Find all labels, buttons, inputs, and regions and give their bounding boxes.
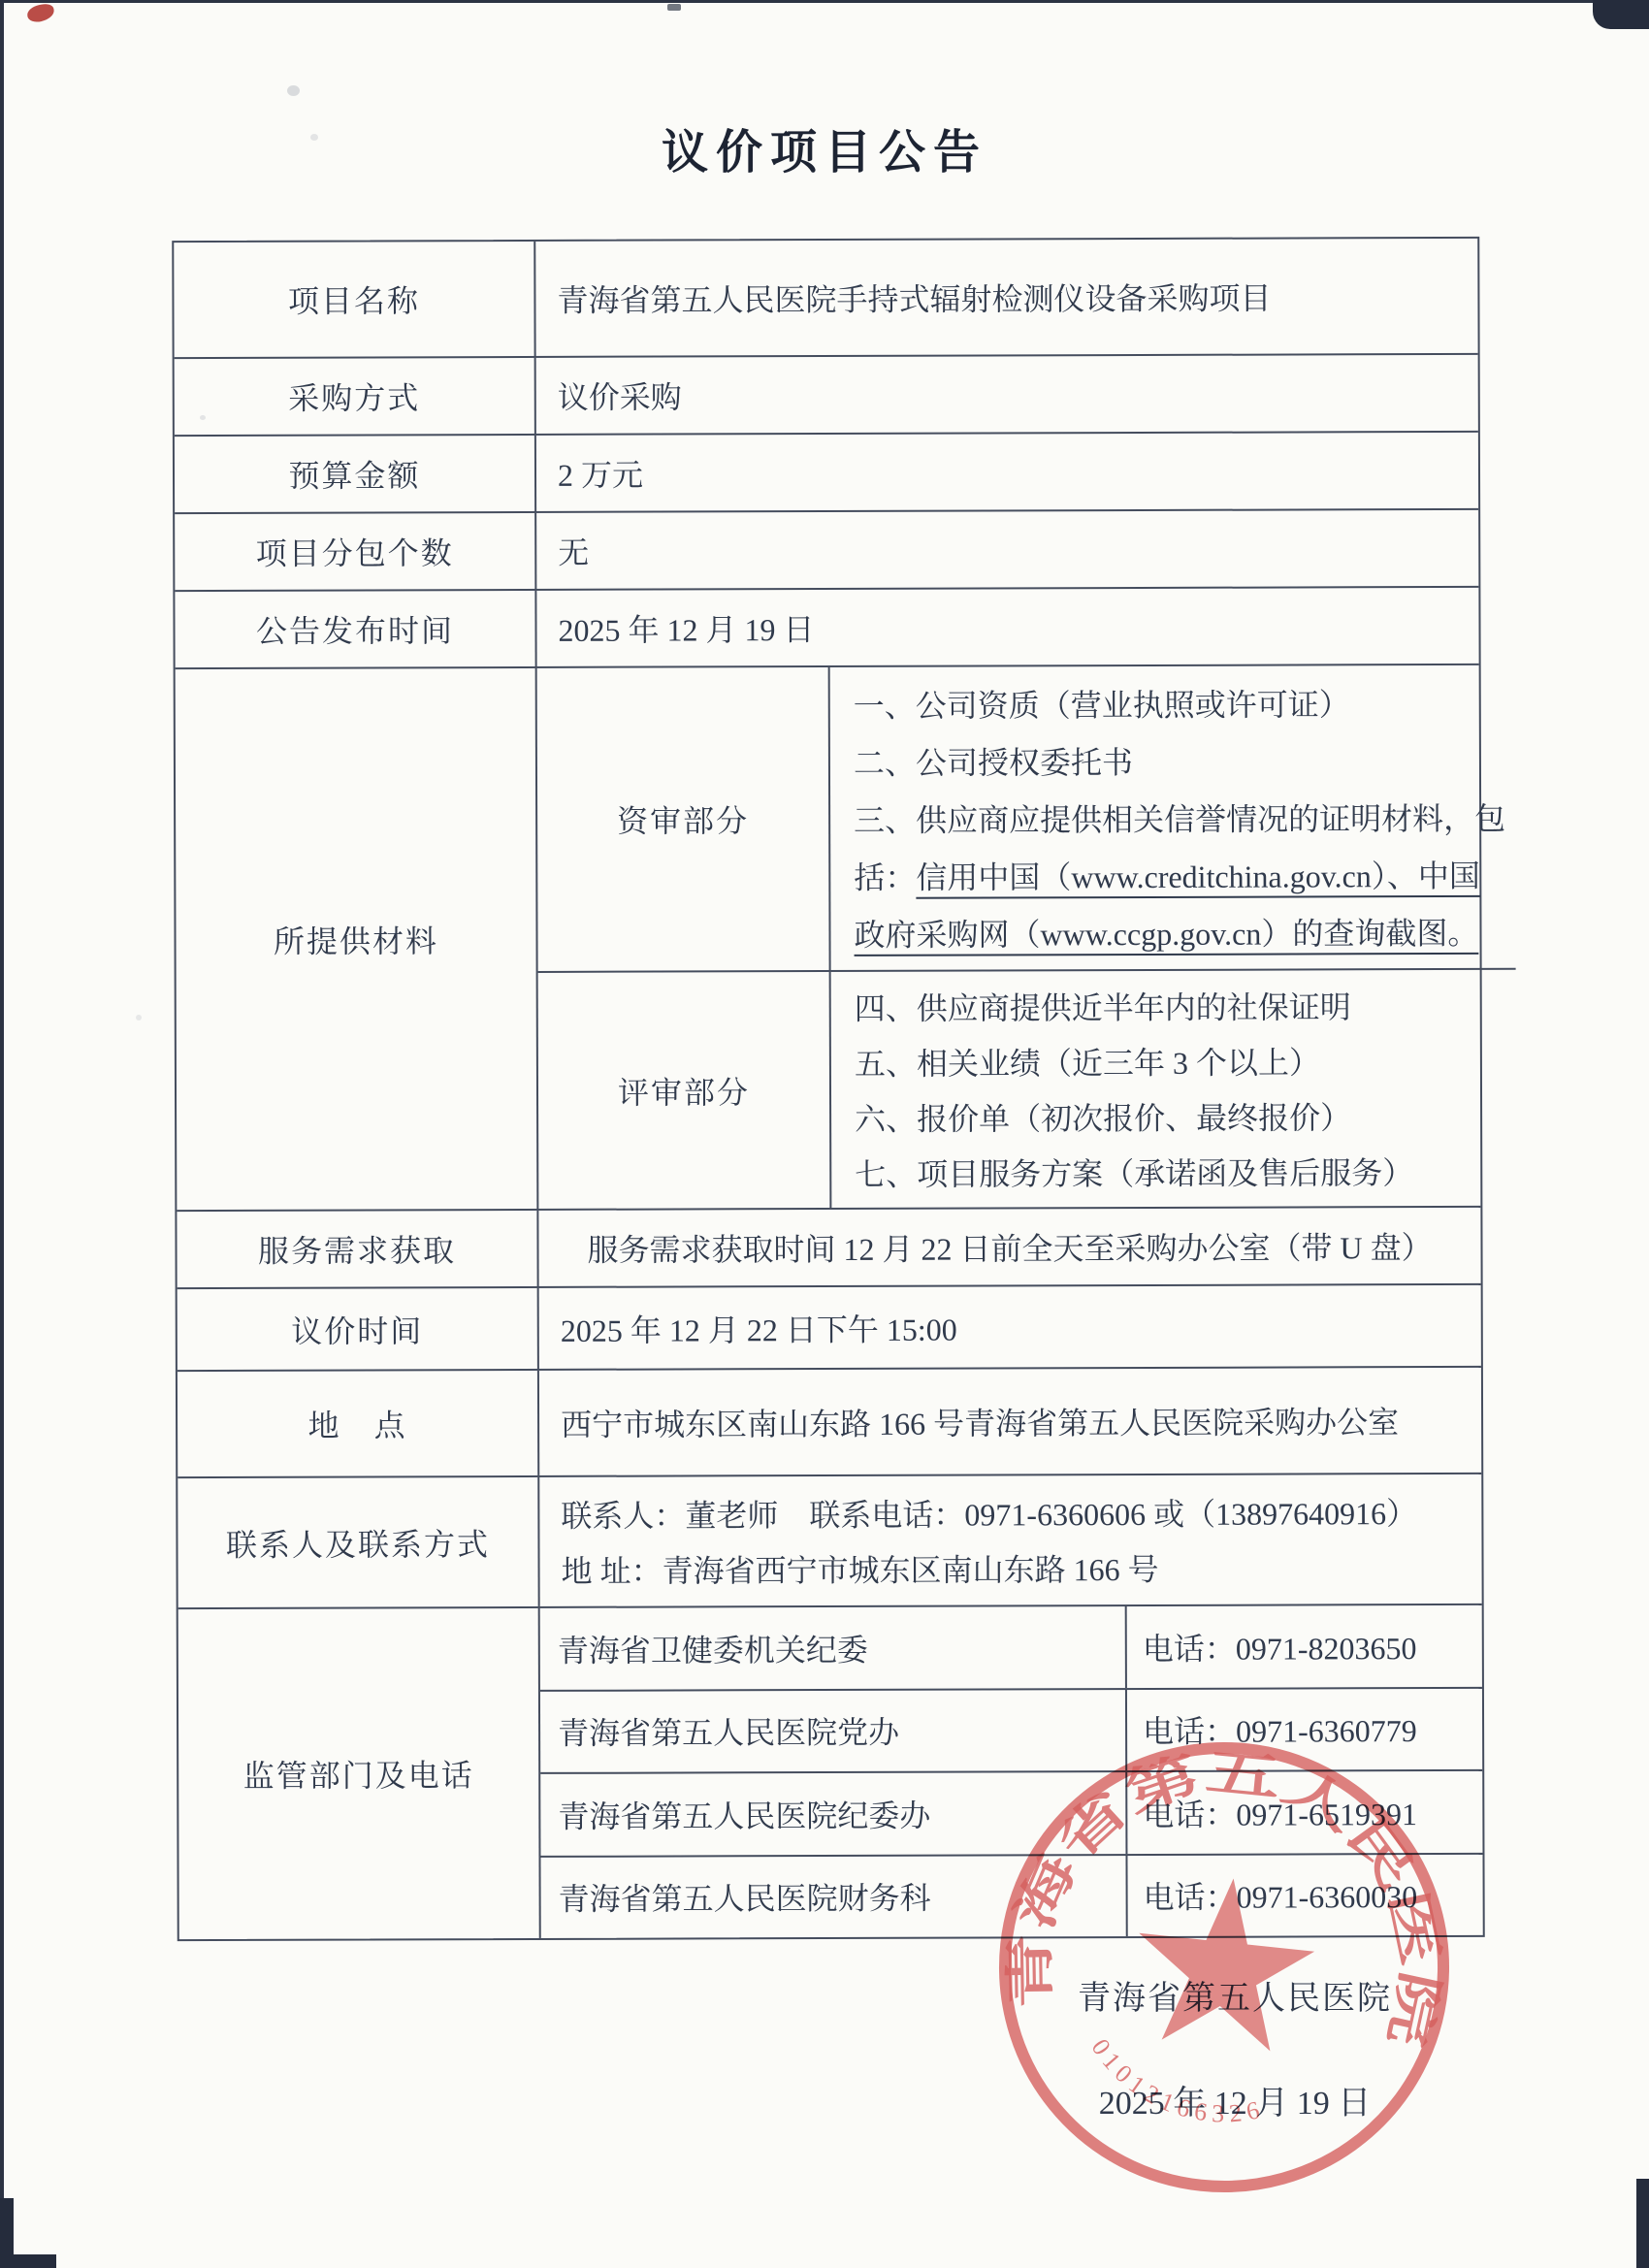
- scan-speckle: [287, 85, 300, 96]
- contact-content: 联系人：董老师 联系电话：0971-6360606 或（13897640916）…: [539, 1474, 1481, 1606]
- row-value: 2025 年 12 月 22 日下午 15:00: [539, 1285, 1481, 1369]
- review-label: 评审部分: [538, 972, 832, 1209]
- underlined-link-text: 政府采购网（www.ccgp.gov.cn）的查询截图。: [854, 916, 1478, 953]
- row-label: 项目名称: [174, 242, 535, 357]
- seal-star-icon: [1128, 1869, 1321, 2055]
- scan-corner-bottom-left-2: [0, 2254, 56, 2268]
- line-prefix: 括：: [854, 860, 916, 895]
- row-label: 公告发布时间: [175, 591, 536, 667]
- supervision-label: 监管部门及电话: [178, 1608, 541, 1939]
- contact-line: 联系人：董老师 联系电话：0971-6360606 或（13897640916）: [561, 1489, 1417, 1537]
- supervision-phone: 电话：0971-8203650: [1127, 1605, 1482, 1688]
- row-label: 采购方式: [175, 358, 536, 435]
- table-row: 项目名称 青海省第五人民医院手持式辐射检测仪设备采购项目: [174, 239, 1477, 359]
- row-label: 项目分包个数: [175, 513, 536, 590]
- row-value: 无: [536, 510, 1478, 589]
- row-value: 2 万元: [536, 433, 1478, 511]
- materials-right: 资审部分 一、公司资质（营业执照或许可证） 二、公司授权委托书 三、供应商应提供…: [537, 665, 1517, 1209]
- row-label: 议价时间: [178, 1288, 539, 1370]
- row-value: 议价采购: [536, 355, 1478, 434]
- scan-edge-left: [0, 0, 4, 2268]
- scanned-announcement-page: 议价项目公告 项目名称 青海省第五人民医院手持式辐射检测仪设备采购项目 采购方式…: [0, 0, 1649, 2268]
- row-value: 2025 年 12 月 19 日: [536, 588, 1478, 666]
- underlined-link-text: 信用中国（www.creditchina.gov.cn）、中国: [916, 859, 1480, 895]
- row-value: 服务需求获取时间 12 月 22 日前全天至采购办公室（带 U 盘）: [538, 1208, 1480, 1286]
- table-row: 服务需求获取 服务需求获取时间 12 月 22 日前全天至采购办公室（带 U 盘…: [177, 1208, 1480, 1289]
- table-row: 采购方式 议价采购: [175, 355, 1478, 437]
- contact-section: 联系人及联系方式 联系人：董老师 联系电话：0971-6360606 或（138…: [178, 1474, 1481, 1609]
- row-label: 地 点: [178, 1371, 539, 1476]
- review-item: 五、相关业绩（近三年 3 个以上）: [855, 1038, 1506, 1085]
- table-row: 公告发布时间 2025 年 12 月 19 日: [175, 588, 1478, 669]
- supervision-row: 青海省卫健委机关纪委 电话：0971-8203650: [540, 1605, 1482, 1692]
- row-value: 西宁市城东区南山东路 166 号青海省第五人民医院采购办公室: [539, 1368, 1481, 1475]
- qualification-label: 资审部分: [537, 667, 831, 971]
- review-content: 四、供应商提供近半年内的社保证明 五、相关业绩（近三年 3 个以上） 六、报价单…: [831, 970, 1517, 1208]
- materials-label: 所提供材料: [176, 668, 539, 1210]
- review-item: 四、供应商提供近半年内的社保证明: [855, 983, 1506, 1029]
- official-seal: 青海省第五人民医院 01012166326: [957, 1701, 1491, 2234]
- qualification-item: 政府采购网（www.ccgp.gov.cn）的查询截图。: [854, 909, 1505, 956]
- row-label: 服务需求获取: [177, 1211, 538, 1287]
- contact-label: 联系人及联系方式: [178, 1477, 539, 1607]
- qualification-subrow: 资审部分 一、公司资质（营业执照或许可证） 二、公司授权委托书 三、供应商应提供…: [537, 665, 1516, 973]
- seal-number: 01012166326: [1080, 2031, 1276, 2133]
- announcement-table: 项目名称 青海省第五人民医院手持式辐射检测仪设备采购项目 采购方式 议价采购 预…: [172, 237, 1485, 1941]
- qualification-item: 二、公司授权委托书: [854, 737, 1505, 784]
- review-subrow: 评审部分 四、供应商提供近半年内的社保证明 五、相关业绩（近三年 3 个以上） …: [538, 970, 1517, 1209]
- svg-text:01012166326: 01012166326: [1080, 2031, 1276, 2133]
- scan-edge-top: [0, 0, 1649, 3]
- row-value: 青海省第五人民医院手持式辐射检测仪设备采购项目: [535, 239, 1477, 356]
- qualification-item: 一、公司资质（营业执照或许可证）: [854, 679, 1505, 726]
- scan-tick: [667, 4, 681, 11]
- review-item: 七、项目服务方案（承诺函及售后服务）: [855, 1148, 1506, 1194]
- table-row: 预算金额 2 万元: [175, 433, 1478, 514]
- qualification-content: 一、公司资质（营业执照或许可证） 二、公司授权委托书 三、供应商应提供相关信誉情…: [830, 665, 1516, 970]
- scan-corner-bottom-right: [1636, 2179, 1649, 2268]
- row-label: 预算金额: [175, 436, 536, 512]
- materials-section: 所提供材料 资审部分 一、公司资质（营业执照或许可证） 二、公司授权委托书 三、…: [176, 665, 1481, 1212]
- qualification-item: 括：信用中国（www.creditchina.gov.cn）、中国: [854, 852, 1505, 898]
- table-row: 地 点 西宁市城东区南山东路 166 号青海省第五人民医院采购办公室: [178, 1368, 1481, 1478]
- review-item: 六、报价单（初次报价、最终报价）: [855, 1093, 1506, 1140]
- qualification-item: 三、供应商应提供相关信誉情况的证明材料，包: [854, 794, 1505, 841]
- scan-corner-top-right: [1593, 0, 1649, 29]
- table-row: 项目分包个数 无: [175, 510, 1478, 592]
- page-title: 议价项目公告: [0, 114, 1649, 181]
- table-row: 议价时间 2025 年 12 月 22 日下午 15:00: [178, 1285, 1481, 1372]
- red-ink-mark: [26, 2, 56, 23]
- scan-speckle: [136, 1015, 142, 1021]
- contact-line: 地 址：青海省西宁市城东区南山东路 166 号: [561, 1545, 1158, 1592]
- supervision-dept: 青海省卫健委机关纪委: [540, 1606, 1127, 1689]
